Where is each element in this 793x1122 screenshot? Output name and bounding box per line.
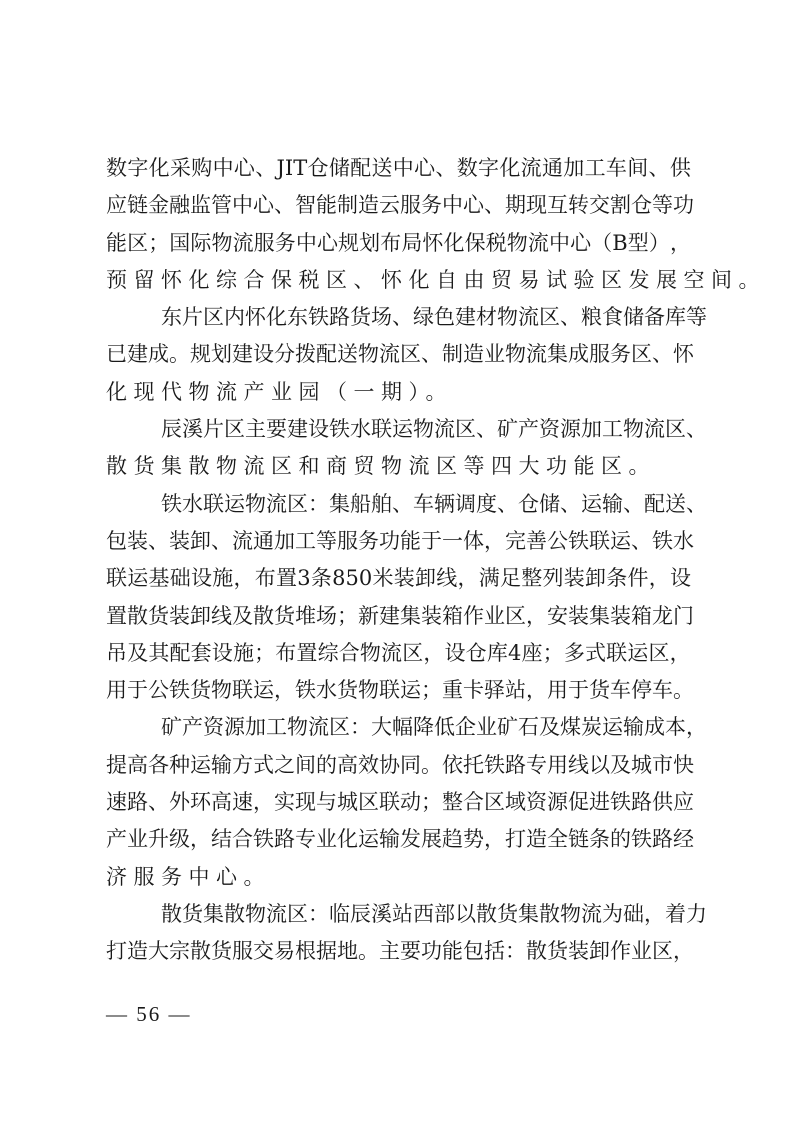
- paragraph-4: 铁水联运物流区：集船舶、车辆调度、仓储、运输、配送、 包装、装卸、流通加工等服务…: [106, 486, 691, 710]
- text-line: 联运基础设施，布置3条850米装卸线，满足整列装卸条件，设: [106, 560, 691, 597]
- text-line: 置散货装卸线及散货堆场；新建集装箱作业区，安装集装箱龙门: [106, 598, 691, 635]
- text-line: 包装、装卸、流通加工等服务功能于一体，完善公铁联运、铁水: [106, 523, 691, 560]
- text-line: 已建成。规划建设分拨配送物流区、制造业物流集成服务区、怀: [106, 336, 691, 373]
- paragraph-1: 数字化采购中心、JIT仓储配送中心、数字化流通加工车间、供 应链金融监管中心、智…: [106, 150, 691, 299]
- text-line: 数字化采购中心、JIT仓储配送中心、数字化流通加工车间、供: [106, 150, 691, 187]
- page-number: — 56 —: [106, 1002, 192, 1027]
- text-line: 铁水联运物流区：集船舶、车辆调度、仓储、运输、配送、: [106, 486, 691, 523]
- paragraph-5: 矿产资源加工物流区：大幅降低企业矿石及煤炭运输成本， 提高各种运输方式之间的高效…: [106, 709, 691, 895]
- text-line: 辰溪片区主要建设铁水联运物流区、矿产资源加工物流区、: [106, 411, 691, 448]
- text-line: 散货集散物流区：临辰溪站西部以散货集散物流为础，着力: [106, 896, 691, 933]
- text-line: 应链金融监管中心、智能制造云服务中心、期现互转交割仓等功: [106, 187, 691, 224]
- text-line: 吊及其配套设施；布置综合物流区，设仓库4座；多式联运区，: [106, 635, 691, 672]
- text-line: 打造大宗散货服交易根据地。主要功能包括：散货装卸作业区，: [106, 933, 691, 970]
- text-line: 化现代物流产业园（一期）。: [106, 374, 691, 411]
- text-line: 提高各种运输方式之间的高效协同。依托铁路专用线以及城市快: [106, 747, 691, 784]
- text-line: 预留怀化综合保税区、怀化自由贸易试验区发展空间。: [106, 262, 691, 299]
- document-page: 数字化采购中心、JIT仓储配送中心、数字化流通加工车间、供 应链金融监管中心、智…: [0, 0, 793, 1122]
- paragraph-6: 散货集散物流区：临辰溪站西部以散货集散物流为础，着力 打造大宗散货服交易根据地。…: [106, 896, 691, 971]
- text-line: 速路、外环高速，实现与城区联动；整合区域资源促进铁路供应: [106, 784, 691, 821]
- text-line: 用于公铁货物联运，铁水货物联运；重卡驿站，用于货车停车。: [106, 672, 691, 709]
- body-text: 数字化采购中心、JIT仓储配送中心、数字化流通加工车间、供 应链金融监管中心、智…: [106, 150, 691, 971]
- text-line: 济服务中心。: [106, 859, 691, 896]
- paragraph-3: 辰溪片区主要建设铁水联运物流区、矿产资源加工物流区、 散货集散物流区和商贸物流区…: [106, 411, 691, 486]
- text-line: 产业升级，结合铁路专业化运输发展趋势，打造全链条的铁路经: [106, 821, 691, 858]
- text-line: 矿产资源加工物流区：大幅降低企业矿石及煤炭运输成本，: [106, 709, 691, 746]
- text-line: 散货集散物流区和商贸物流区等四大功能区。: [106, 448, 691, 485]
- text-line: 东片区内怀化东铁路货场、绿色建材物流区、粮食储备库等: [106, 299, 691, 336]
- text-line: 能区；国际物流服务中心规划布局怀化保税物流中心（B型），: [106, 225, 691, 262]
- paragraph-2: 东片区内怀化东铁路货场、绿色建材物流区、粮食储备库等 已建成。规划建设分拨配送物…: [106, 299, 691, 411]
